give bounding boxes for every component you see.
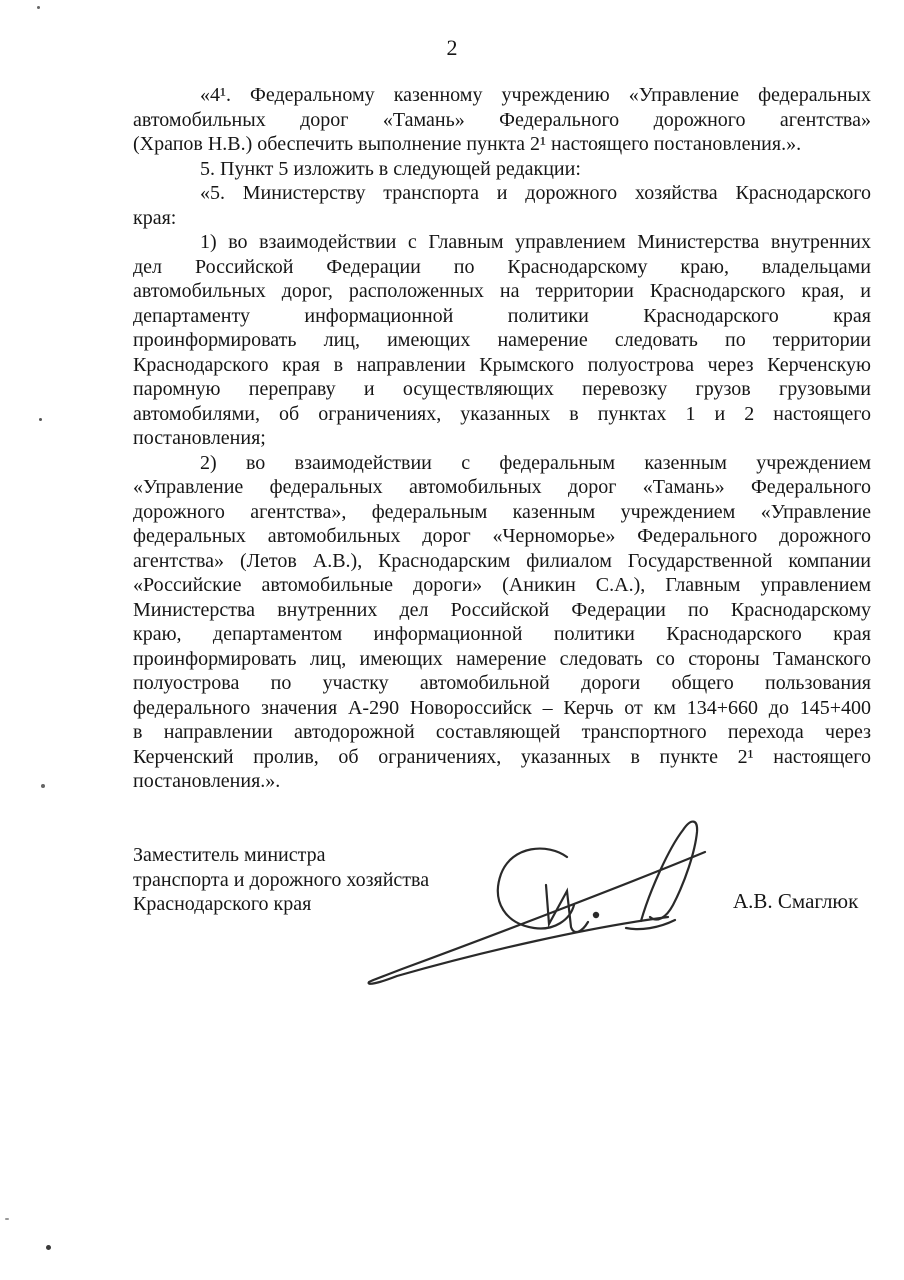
text-line: полуострова по участку автомобильной дор… [133, 671, 871, 696]
text-line: агентства» (Летов А.В.), Краснодарским ф… [133, 549, 871, 574]
handwritten-signature [350, 808, 720, 998]
text-line: дорожного агентства», федеральным казенн… [133, 500, 871, 525]
signature-tall-loop-stroke [641, 822, 697, 921]
signer-name: А.В. Смаглюк [733, 889, 858, 914]
scan-speck [46, 1245, 51, 1250]
text-line: постановления.». [133, 769, 871, 794]
text-line: федеральных автомобильных дорог «Черномо… [133, 524, 871, 549]
text-line: проинформировать лиц, имеющих намерение … [133, 647, 871, 672]
text-line: (Храпов Н.В.) обеспечить выполнение пунк… [133, 132, 871, 157]
signature-dot [593, 912, 599, 918]
text-line: «Российские автомобильные дороги» (Аники… [133, 573, 871, 598]
document-body: «4¹. Федеральному казенному учреждению «… [133, 83, 871, 794]
scan-speck [5, 1218, 9, 1220]
text-line: «Управление федеральных автомобильных до… [133, 475, 871, 500]
text-line: 2) во взаимодействии с федеральным казен… [133, 451, 871, 476]
document-page: 2 «4¹. Федеральному казенному учреждению… [0, 0, 904, 1280]
scan-speck [41, 784, 45, 788]
text-line: Министерства внутренних дел Российской Ф… [133, 598, 871, 623]
text-line: проинформировать лиц, имеющих намерение … [133, 328, 871, 353]
signature-zigzag-stroke [546, 885, 588, 932]
signature-loop-stroke [498, 849, 574, 929]
text-line: автомобильных дорог, расположенных на те… [133, 279, 871, 304]
text-line: федерального значения А-290 Новороссийск… [133, 696, 871, 721]
text-line: «4¹. Федеральному казенному учреждению «… [133, 83, 871, 108]
text-line: краю, департаментом информационной полит… [133, 622, 871, 647]
text-line: «5. Министерству транспорта и дорожного … [133, 181, 871, 206]
text-line: автомобильных дорог «Тамань» Федеральног… [133, 108, 871, 133]
text-line: 1) во взаимодействии с Главным управлени… [133, 230, 871, 255]
scan-speck [37, 6, 40, 9]
text-line: департаменту информационной политики Кра… [133, 304, 871, 329]
text-line: постановления; [133, 426, 871, 451]
text-line: Керченский пролив, об ограничениях, указ… [133, 745, 871, 770]
text-line: Краснодарского края в направлении Крымск… [133, 353, 871, 378]
signature-underline-stroke [369, 852, 705, 984]
scan-speck [39, 418, 42, 421]
text-line: в направлении автодорожной составляющей … [133, 720, 871, 745]
text-line: края: [133, 206, 871, 231]
text-line: автомобилями, об ограничениях, указанных… [133, 402, 871, 427]
page-number: 2 [0, 35, 904, 61]
text-line: 5. Пункт 5 изложить в следующей редакции… [133, 157, 871, 182]
text-line: паромную переправу и осуществляющих пере… [133, 377, 871, 402]
text-line: дел Российской Федерации по Краснодарско… [133, 255, 871, 280]
